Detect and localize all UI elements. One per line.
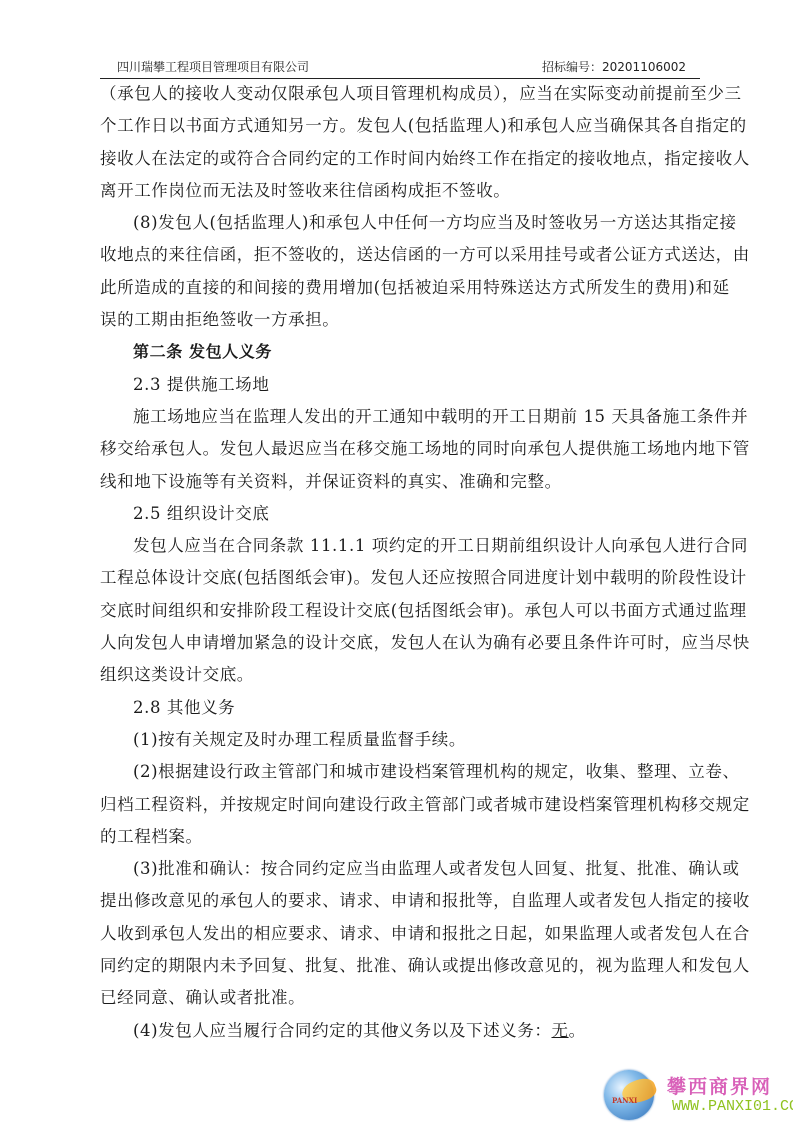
text-prefix: (4)发包人应当履行合同约定的其他义务以及下述义务：: [133, 1021, 551, 1040]
text-line: (2)根据建设行政主管部门和城市建设档案管理机构的规定，收集、整理、立卷、: [100, 756, 700, 788]
text-line: 已经同意、确认或者批准。: [100, 982, 700, 1014]
subsection-heading: 2.3 提供施工场地: [100, 369, 700, 401]
text-line: (8)发包人(包括监理人)和承包人中任何一方均应当及时签收另一方送达其指定接: [100, 207, 700, 239]
text-line: 人向发包人申请增加紧急的设计交底，发包人在认为确有必要且条件许可时，应当尽快: [100, 627, 700, 659]
underlined-value: 无: [551, 1021, 568, 1040]
document-body: （承包人的接收人变动仅限承包人项目管理机构成员），应当在实际变动前提前至少三 个…: [100, 78, 700, 1047]
text-line: 个工作日以书面方式通知另一方。发包人(包括监理人)和承包人应当确保其各自指定的: [100, 110, 700, 142]
company-name: 四川瑞攀工程项目管理项目有限公司: [117, 58, 309, 75]
text-line: 的工程档案。: [100, 821, 700, 853]
globe-label: PANXI: [612, 1096, 637, 1105]
text-line: (4)发包人应当履行合同约定的其他义务以及下述义务：无。: [100, 1015, 700, 1047]
text-line: 离开工作岗位而无法及时签收来往信函构成拒不签收。: [100, 175, 700, 207]
text-line: 接收人在法定的或符合合同约定的工作时间内始终工作在指定的接收地点，指定接收人: [100, 143, 700, 175]
watermark-site-name: 攀西商界网: [667, 1072, 772, 1099]
text-line: 误的工期由拒绝签收一方承担。: [100, 304, 700, 336]
text-suffix: 。: [569, 1021, 586, 1040]
text-line: 发包人应当在合同条款 11.1.1 项约定的开工日期前组织设计人向承包人进行合同: [100, 530, 700, 562]
text-line: 同约定的期限内未予回复、批复、批准、确认或提出修改意见的，视为监理人和发包人: [100, 950, 700, 982]
section-heading: 第二条 发包人义务: [100, 336, 700, 368]
site-watermark: PANXI 攀西商界网 WWW.PANXI01.COM: [604, 1066, 793, 1122]
text-line: 收地点的来往信函，拒不签收的，送达信函的一方可以采用挂号或者公证方式送达，由: [100, 239, 700, 271]
text-line: (1)按有关规定及时办理工程质量监督手续。: [100, 724, 700, 756]
text-line: 人收到承包人发出的相应要求、请求、申请和报批之日起，如果监理人或者发包人在合: [100, 918, 700, 950]
text-line: (3)批准和确认：按合同约定应当由监理人或者发包人回复、批复、批准、确认或: [100, 853, 700, 885]
text-line: 此所造成的直接的和间接的费用增加(包括被迫采用特殊送达方式所发生的费用)和延: [100, 272, 700, 304]
text-line: （承包人的接收人变动仅限承包人项目管理机构成员），应当在实际变动前提前至少三: [100, 78, 700, 110]
page-number: 7: [392, 1024, 399, 1037]
text-line: 组织这类设计交底。: [100, 659, 700, 691]
text-line: 提出修改意见的承包人的要求、请求、申请和报批等，自监理人或者发包人指定的接收: [100, 885, 700, 917]
text-line: 施工场地应当在监理人发出的开工通知中载明的开工日期前 15 天具备施工条件并: [100, 401, 700, 433]
watermark-url: WWW.PANXI01.COM: [672, 1098, 793, 1115]
text-line: 工程总体设计交底(包括图纸会审)。发包人还应按照合同进度计划中载明的阶段性设计: [100, 562, 700, 594]
text-line: 移交给承包人。发包人最迟应当在移交施工场地的同时向承包人提供施工场地内地下管: [100, 433, 700, 465]
bid-number: 招标编号：20201106002: [542, 58, 686, 75]
text-line: 归档工程资料，并按规定时间向建设行政主管部门或者城市建设档案管理机构移交规定: [100, 789, 700, 821]
globe-logo-icon: PANXI: [604, 1070, 654, 1120]
text-line: 交底时间组织和安排阶段工程设计交底(包括图纸会审)。承包人可以书面方式通过监理: [100, 595, 700, 627]
text-line: 线和地下设施等有关资料，并保证资料的真实、准确和完整。: [100, 466, 700, 498]
page-header: 四川瑞攀工程项目管理项目有限公司 招标编号：20201106002: [100, 58, 700, 79]
subsection-heading: 2.5 组织设计交底: [100, 498, 700, 530]
subsection-heading: 2.8 其他义务: [100, 692, 700, 724]
